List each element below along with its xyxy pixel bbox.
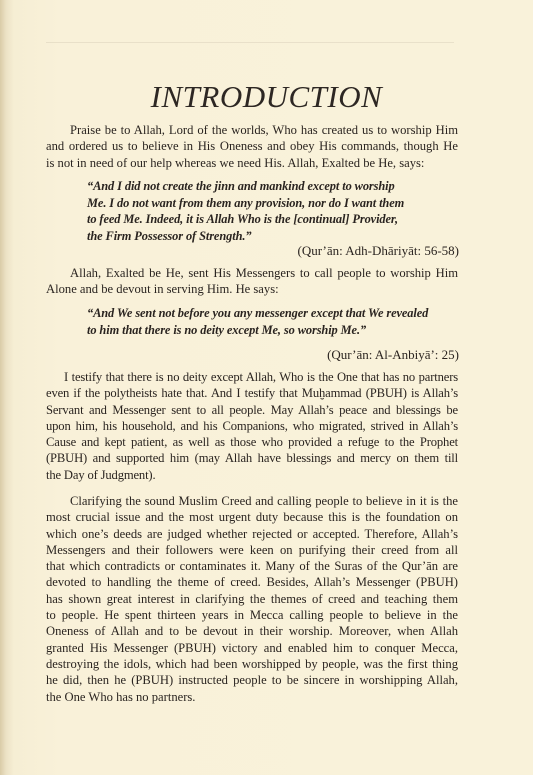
text-line: is not in need of our help whereas we ne… bbox=[46, 155, 458, 171]
paragraph-3: I testify that there is no deity except … bbox=[46, 369, 458, 483]
quote-line: the Firm Possessor of Strength.” bbox=[87, 228, 461, 245]
text-line: that which contradicts or contaminates i… bbox=[46, 558, 458, 574]
text-line: destroying the idols, which had been wor… bbox=[46, 656, 458, 672]
paragraph-4: Clarifying the sound Muslim Creed and ca… bbox=[46, 493, 458, 705]
text-line: devoted to handling the theme of creed. … bbox=[46, 574, 458, 590]
text-line: Alone and be devout in serving Him. He s… bbox=[46, 281, 458, 297]
text-line: most crucial issue and the most urgent d… bbox=[46, 509, 458, 525]
quran-reference-2: (Qur’ān: Al-Anbiyā’: 25) bbox=[327, 347, 459, 363]
text-line: Praise be to Allah, Lord of the worlds, … bbox=[46, 122, 458, 138]
text-line: granted His Messenger (PBUH) victory and… bbox=[46, 640, 458, 656]
quran-reference-1: (Qur’ān: Adh-Dhāriyāt: 56-58) bbox=[298, 243, 460, 259]
text-line: Allah, Exalted be He, sent His Messenger… bbox=[46, 265, 458, 281]
text-line: the Day of Judgment). bbox=[46, 467, 458, 483]
book-page: INTRODUCTION Praise be to Allah, Lord of… bbox=[0, 0, 533, 775]
quote-line: “And We sent not before you any messenge… bbox=[87, 305, 461, 322]
text-line: Clarifying the sound Muslim Creed and ca… bbox=[46, 493, 458, 509]
text-line: I testify that there is no deity except … bbox=[46, 369, 458, 385]
text-line: (PBUH) and supported him (may Allah have… bbox=[46, 450, 458, 466]
text-line: Oneness of Allah and to be devout in the… bbox=[46, 623, 458, 639]
text-line: has shown great interest in clarifying t… bbox=[46, 591, 458, 607]
text-line: Servant and Messenger sent to all people… bbox=[46, 402, 458, 418]
text-line: the One Who has no partners. bbox=[46, 689, 458, 705]
quran-quote-1: “And I did not create the jinn and manki… bbox=[87, 178, 461, 244]
text-line: Cause and kept patient, as well as those… bbox=[46, 434, 458, 450]
text-line: Messengers and their followers were keen… bbox=[46, 542, 458, 558]
text-line: even if the polytheists hate that. And I… bbox=[46, 385, 458, 401]
quran-quote-2: “And We sent not before you any messenge… bbox=[87, 305, 461, 338]
quote-line: to feed Me. Indeed, it is Allah Who is t… bbox=[87, 211, 461, 228]
quote-line: “And I did not create the jinn and manki… bbox=[87, 178, 461, 195]
bleed-through-header bbox=[46, 28, 454, 43]
quote-line: to him that there is no deity except Me,… bbox=[87, 322, 461, 339]
text-line: which one’s deeds are judged whether rej… bbox=[46, 526, 458, 542]
text-line: and ordered us to believe in His Oneness… bbox=[46, 138, 458, 154]
text-line: he did, then he (PBUH) instructed people… bbox=[46, 672, 458, 688]
text-line: to people. He spent thirteen years in Me… bbox=[46, 607, 458, 623]
paragraph-1: Praise be to Allah, Lord of the worlds, … bbox=[46, 122, 458, 171]
page-title: INTRODUCTION bbox=[0, 79, 533, 115]
quote-line: Me. I do not want from them any provisio… bbox=[87, 195, 461, 212]
paragraph-2: Allah, Exalted be He, sent His Messenger… bbox=[46, 265, 458, 298]
text-line: upon him, his household, and his Compani… bbox=[46, 418, 458, 434]
